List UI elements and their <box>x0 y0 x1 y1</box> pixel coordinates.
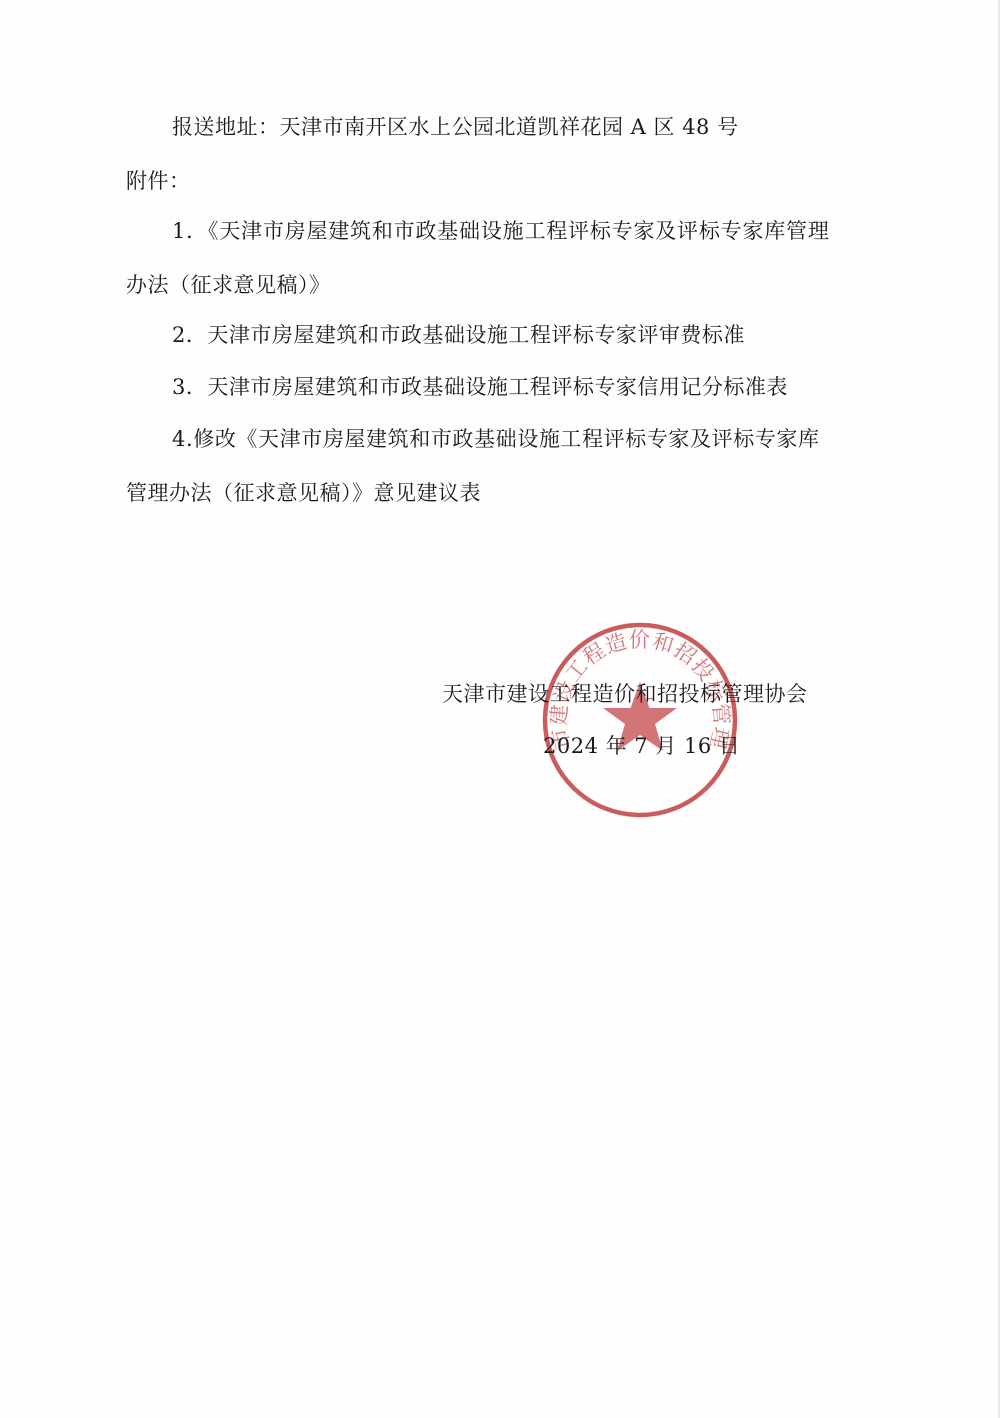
attachment-item-1-line-1: 1．《天津市房屋建筑和市政基础设施工程评标专家及评标专家库管理 <box>172 218 830 244</box>
signing-date: 2024 年 7 月 16 日 <box>543 733 740 759</box>
attachment-item-3: 3．天津市房屋建筑和市政基础设施工程评标专家信用记分标准表 <box>172 374 788 400</box>
attachment-item-1-line-2: 办法（征求意见稿）》 <box>126 272 331 298</box>
attachments-heading: 附件： <box>126 168 191 194</box>
submission-address: 报送地址：天津市南开区水上公园北道凯祥花园 A 区 48 号 <box>172 114 739 140</box>
official-seal: 天津市建设工程造价和招投标管理协会 <box>540 620 740 820</box>
document-page: 报送地址：天津市南开区水上公园北道凯祥花园 A 区 48 号 附件： 1．《天津… <box>0 0 1000 1418</box>
attachment-item-4-line-2: 管理办法（征求意见稿）》意见建议表 <box>126 480 481 506</box>
signing-organization: 天津市建设工程造价和招投标管理协会 <box>442 681 808 707</box>
attachment-item-4-line-1: 4.修改《天津市房屋建筑和市政基础设施工程评标专家及评标专家库 <box>172 426 820 452</box>
attachment-item-2: 2．天津市房屋建筑和市政基础设施工程评标专家评审费标准 <box>172 322 745 348</box>
